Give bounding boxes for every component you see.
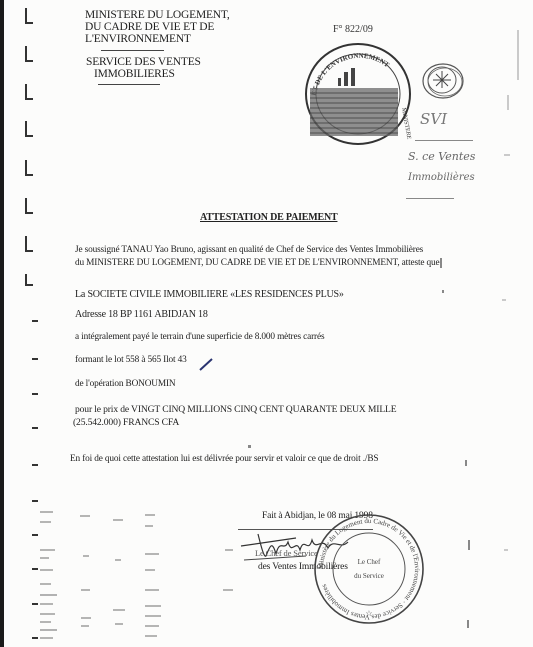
document-title: ATTESTATION DE PAIEMENT	[200, 212, 337, 223]
stamp-center-text-2: du Service	[354, 572, 384, 580]
signatory-title-1: Le Chef de Service	[255, 548, 318, 558]
intro-line-1: Je soussigné TANAU Yao Bruno, agissant e…	[75, 245, 423, 255]
reference-number: F° 822/09	[333, 24, 373, 35]
binder-mark	[25, 84, 33, 100]
operation-name: de l'opération BONOUMIN	[75, 379, 175, 389]
header-divider	[101, 50, 164, 51]
bleed-through-noise	[35, 500, 235, 647]
binder-mark	[25, 8, 33, 24]
pen-check-mark	[198, 357, 214, 373]
binder-dash	[32, 358, 38, 360]
speck	[440, 258, 442, 268]
right-margin-noise	[500, 0, 533, 647]
scribble-mark	[418, 58, 468, 104]
service-line-2: IMMOBILIERES	[94, 69, 175, 80]
binder-dash	[32, 427, 38, 429]
price-in-figures: (25.542.000) FRANCS CFA	[73, 417, 179, 428]
scanned-document-page: MINISTERE DU LOGEMENT, DU CADRE DE VIE E…	[0, 0, 533, 647]
closing-statement: En foi de quoi cette attestation lui est…	[70, 454, 378, 464]
handwritten-note-1: S. ce Ventes	[408, 150, 475, 163]
scan-edge-shadow	[0, 0, 4, 647]
speck	[465, 460, 467, 466]
stamp-center-text-1: Le Chef	[358, 558, 381, 566]
official-seal-stamp: ET DE L'ENVIRONNEMENT MINISTERE	[302, 38, 414, 146]
binder-dash	[32, 464, 38, 466]
binder-mark	[25, 121, 33, 137]
ministry-line-1: MINISTERE DU LOGEMENT,	[85, 10, 230, 21]
binder-mark	[25, 236, 33, 252]
binder-dash	[32, 320, 38, 322]
round-service-stamp: Ministère du Logement du Cadre de Vie et…	[312, 512, 426, 626]
speck	[468, 540, 470, 550]
binder-mark	[25, 274, 33, 286]
svg-text:☆: ☆	[365, 609, 372, 618]
ministry-line-3: L'ENVIRONNEMENT	[85, 34, 191, 45]
svg-text:MINISTERE: MINISTERE	[400, 107, 412, 140]
initials-annotation: SVI	[420, 110, 447, 128]
binder-mark	[25, 46, 33, 62]
company-name: La SOCIETE CIVILE IMMOBILIERE «LES RESID…	[75, 289, 344, 300]
binder-mark	[25, 198, 33, 214]
ministry-line-2: DU CADRE DE VIE ET DE	[85, 22, 214, 33]
service-line-1: SERVICE DES VENTES	[86, 57, 201, 68]
annotation-underline	[406, 198, 454, 199]
company-address: Adresse 18 BP 1161 ABIDJAN 18	[75, 309, 208, 320]
annotation-underline	[415, 140, 473, 141]
handwritten-note-2: Immobilières	[408, 172, 475, 183]
speck	[467, 620, 469, 628]
binder-mark	[25, 160, 33, 176]
speck	[248, 445, 251, 448]
lot-description: formant le lot 558 à 565 Ilot 43	[75, 355, 187, 365]
payment-statement: a intégralement payé le terrain d'une su…	[75, 332, 324, 342]
binder-dash	[32, 393, 38, 395]
speck	[442, 290, 444, 293]
header-divider	[98, 84, 160, 85]
intro-line-2: du MINISTERE DU LOGEMENT, DU CADRE DE VI…	[75, 258, 440, 268]
price-in-words: pour le prix de VINGT CINQ MILLIONS CINQ…	[75, 404, 396, 415]
